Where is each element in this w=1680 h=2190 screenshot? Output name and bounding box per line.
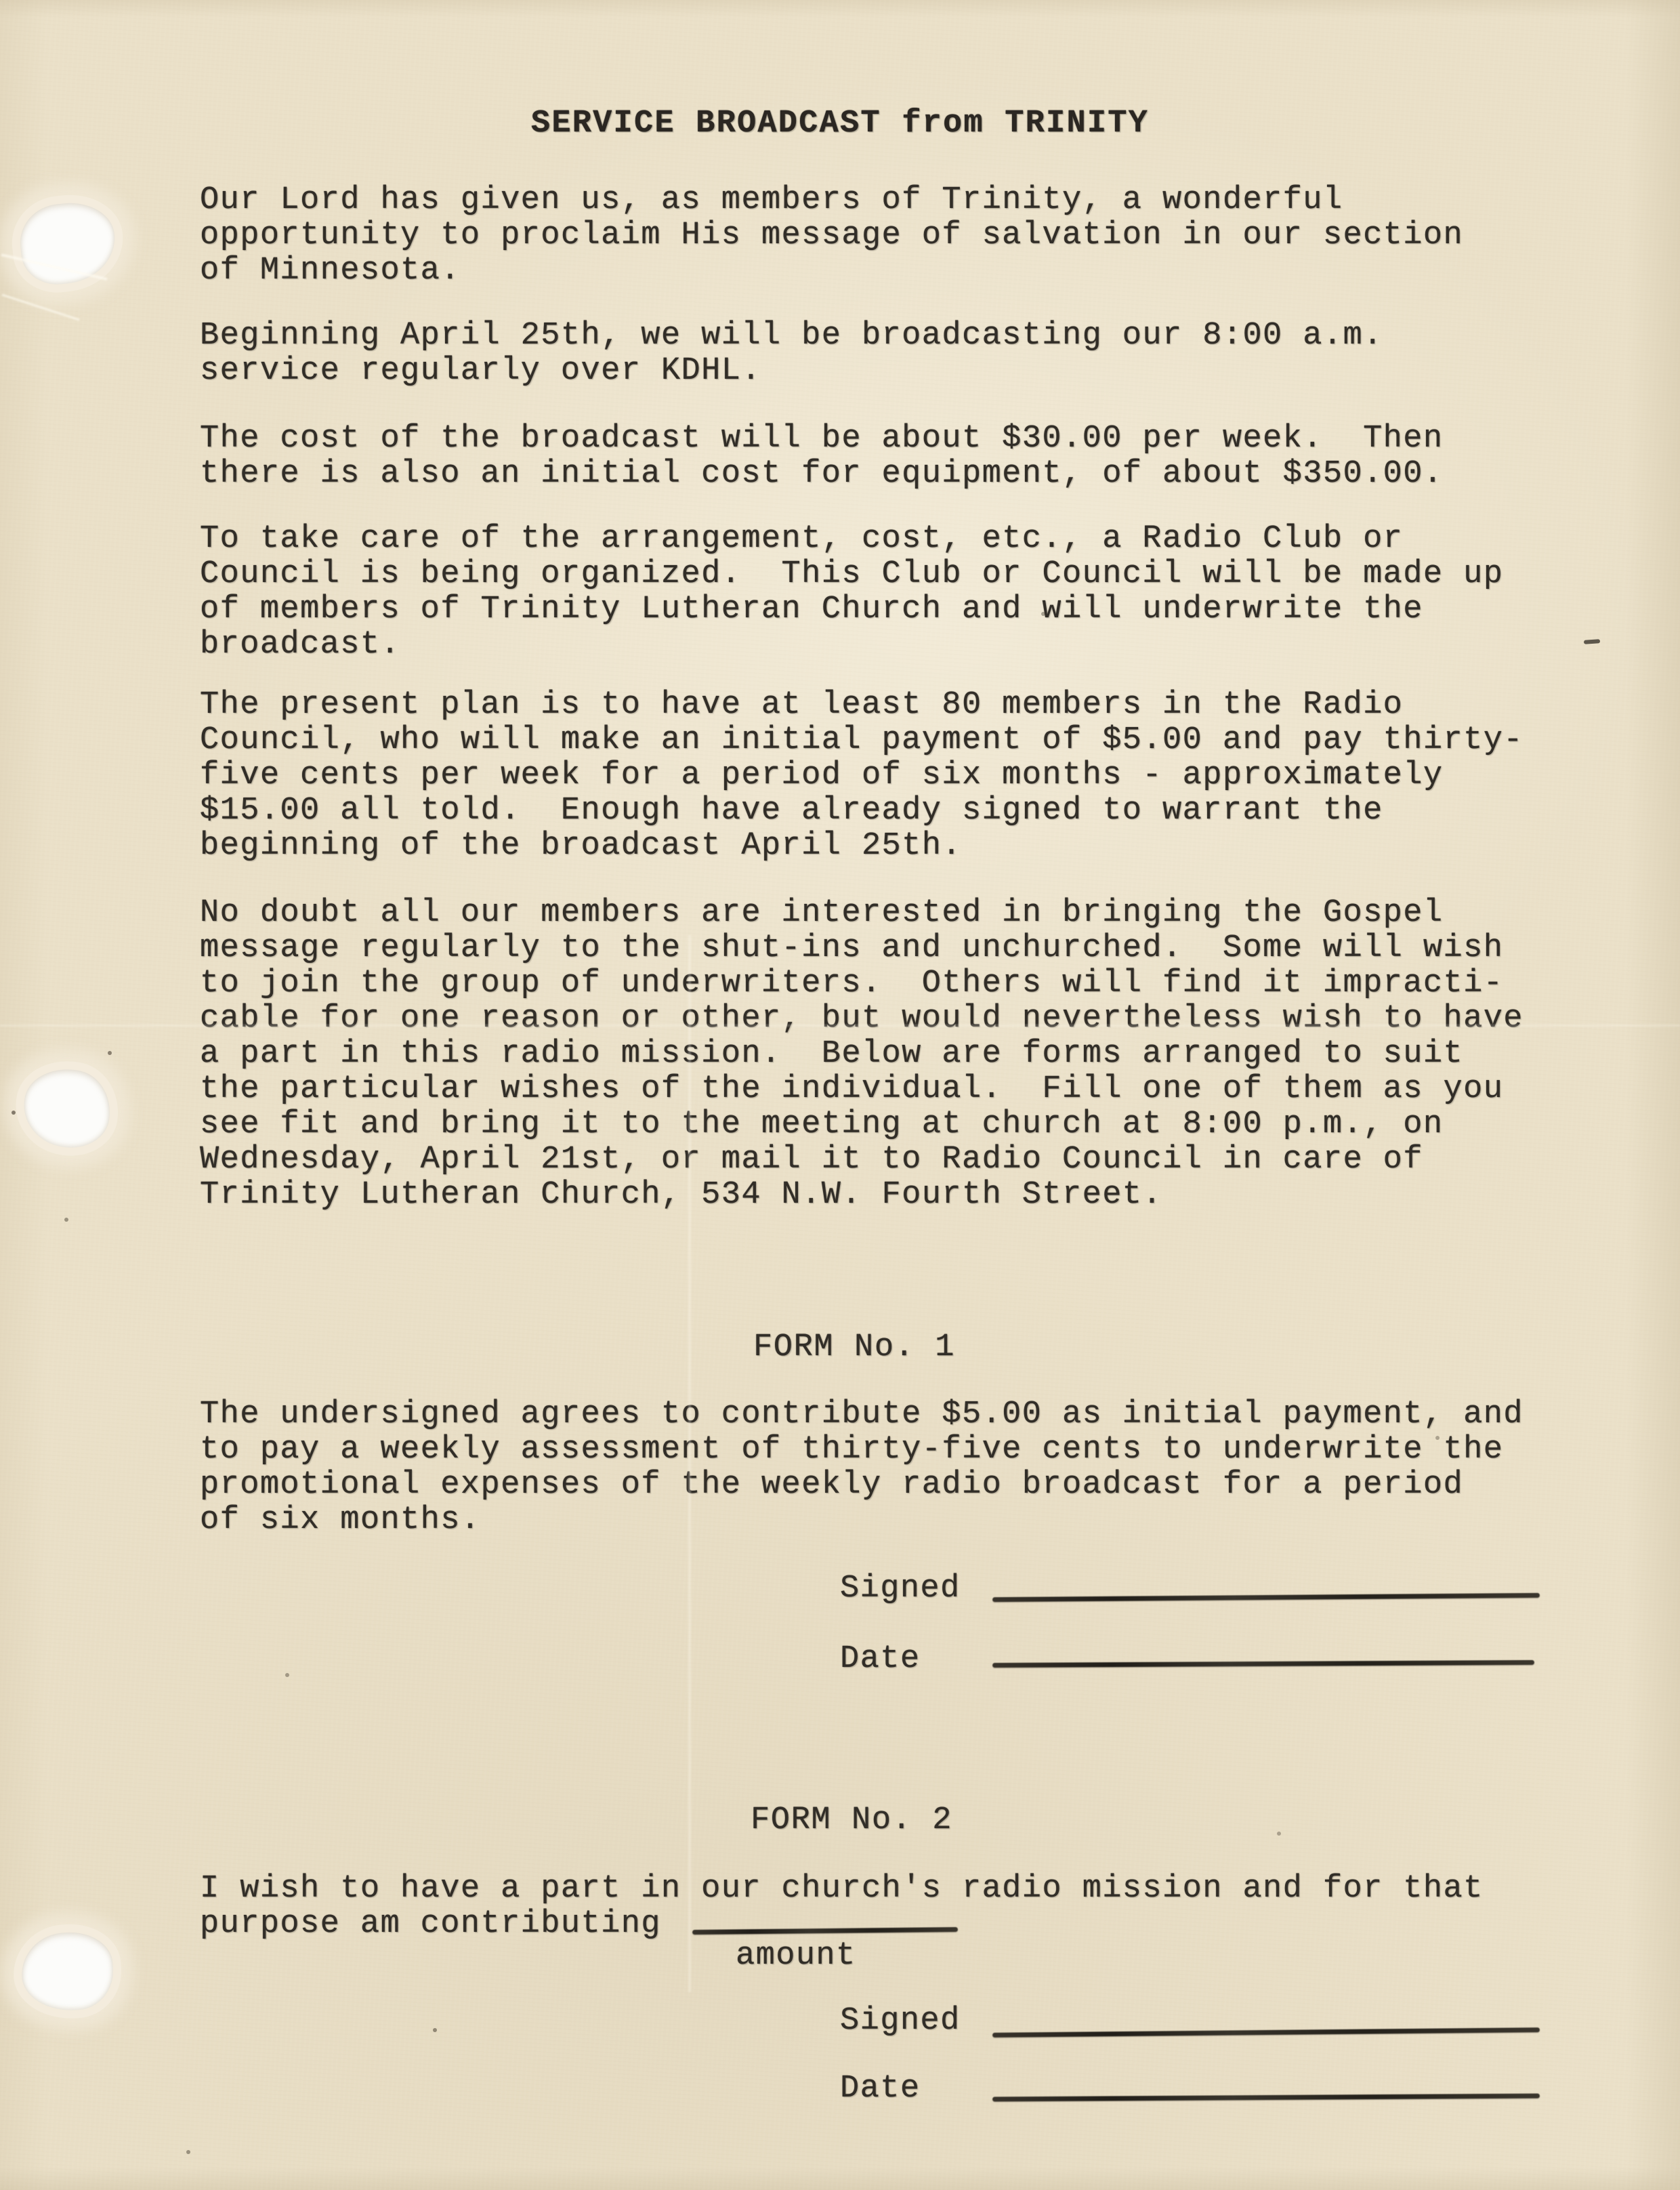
paragraph-intro: Our Lord has given us, as members of Tri… bbox=[200, 183, 1463, 289]
form-2-signed-blank-line bbox=[992, 2027, 1540, 2038]
paragraph-radio-club: To take care of the arrangement, cost, e… bbox=[200, 522, 1503, 663]
form-1-signed-blank-line bbox=[992, 1593, 1540, 1602]
form-1-date-label: Date bbox=[840, 1641, 920, 1677]
form-1-heading: FORM No. 1 bbox=[753, 1329, 955, 1365]
form-1-signed-label: Signed bbox=[840, 1571, 961, 1607]
page-title: SERVICE BROADCAST from TRINITY bbox=[0, 106, 1680, 142]
form-2-heading: FORM No. 2 bbox=[751, 1802, 952, 1838]
paragraph-plan: The present plan is to have at least 80 … bbox=[200, 688, 1524, 864]
scanned-letter-page: SERVICE BROADCAST from TRINITY Our Lord … bbox=[0, 0, 1680, 2190]
form-2-date-blank-line bbox=[992, 2094, 1540, 2102]
punch-hole-bottom bbox=[20, 1930, 115, 2013]
punch-hole-middle bbox=[19, 1064, 116, 1153]
form-1-body: The undersigned agrees to contribute $5.… bbox=[200, 1397, 1524, 1538]
paragraph-invitation: No doubt all our members are interested … bbox=[200, 896, 1524, 1213]
paragraph-cost: The cost of the broadcast will be about … bbox=[200, 421, 1443, 492]
form-1-date-blank-line bbox=[992, 1660, 1534, 1668]
ink-smudge bbox=[1584, 639, 1600, 644]
paragraph-broadcast-start: Beginning April 25th, we will be broadca… bbox=[200, 318, 1383, 389]
form-2-amount-caption: amount bbox=[736, 1938, 856, 1974]
form-2-signed-label: Signed bbox=[840, 2003, 961, 2039]
form-2-date-label: Date bbox=[840, 2071, 920, 2107]
punch-hole-top bbox=[16, 199, 119, 288]
paper-specks bbox=[0, 0, 3, 3]
paper-crease bbox=[1, 294, 79, 321]
